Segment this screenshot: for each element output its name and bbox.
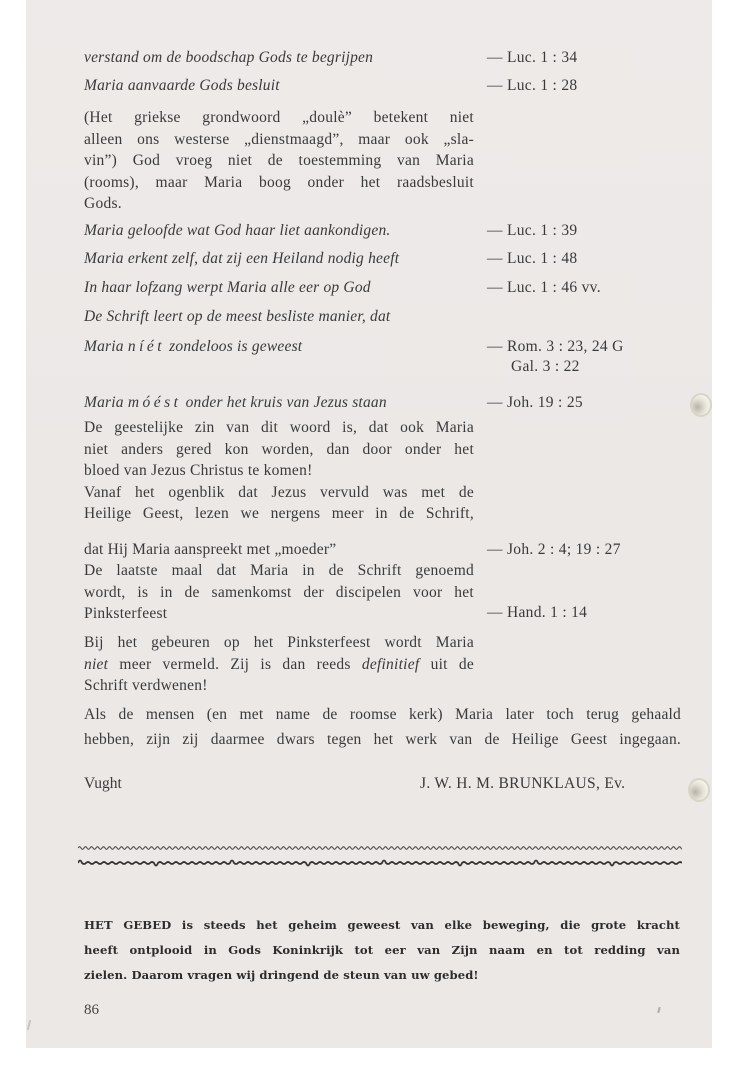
paragraph-line: zielen. Daarom vragen wij dringend de st… <box>84 963 680 988</box>
signature-place: Vught <box>84 775 122 793</box>
ref-luc-1-28: — Luc. 1 : 28 <box>487 76 577 96</box>
emphasis-must: móést <box>128 394 182 411</box>
paragraph-line: De laatste maal dat Maria in de Schrift … <box>84 560 474 582</box>
paragraph-line: alleen ons westerse „dienstmaagd”, maar … <box>84 129 474 151</box>
paragraph-doule: (Het griekse grondwoord „doulè” betekent… <box>84 107 474 215</box>
paragraph-line: hebben, zijn zij daarmee dwars tegen het… <box>84 727 681 752</box>
paragraph-last-mention: De laatste maal dat Maria in de Schrift … <box>84 560 474 625</box>
paragraph-spiritual: De geestelijke zin van dit woord is, dat… <box>84 417 474 525</box>
text-fragment: Maria <box>84 338 128 355</box>
paragraph-conclusion: Als de mensen (en met name de roomse ker… <box>84 702 681 752</box>
wavy-rule-thin <box>78 844 682 852</box>
text-fragment: onder het kruis van Jezus staan <box>182 394 387 411</box>
ref-luc-1-48: — Luc. 1 : 48 <box>487 249 577 269</box>
text-fragment: is steeds het geheim geweest van elke be… <box>171 918 680 932</box>
emphasis-niet: niet <box>84 656 108 673</box>
ref-rom-3-23: — Rom. 3 : 23, 24 G <box>487 337 624 357</box>
statement-not-sinless: Maria níét zondeloos is geweest <box>84 337 302 357</box>
emphasis-definitief: definitief <box>362 656 420 673</box>
paragraph-line: De geestelijke zin van dit woord is, dat… <box>84 417 474 439</box>
paragraph-line: Heilige Geest, lezen we nergens meer in … <box>84 503 474 525</box>
statement-believed: Maria geloofde wat God haar liet aankond… <box>84 221 390 241</box>
prayer-lead: HET GEBED <box>84 918 171 932</box>
paragraph-pentecost: Bij het gebeuren op het Pinksterfeest wo… <box>84 632 474 697</box>
binder-hole-icon <box>690 393 712 417</box>
ref-joh-2-4: — Joh. 2 : 4; 19 : 27 <box>487 540 621 560</box>
statement-cross: Maria móést onder het kruis van Jezus st… <box>84 393 387 413</box>
statement-scripture: De Schrift leert op de meest besliste ma… <box>84 307 390 327</box>
paragraph-line: Schrift verdwenen! <box>84 675 474 697</box>
paragraph-line: Als de mensen (en met name de roomse ker… <box>84 702 681 727</box>
paragraph-line: Gods. <box>84 193 474 215</box>
ref-hand-1-14: — Hand. 1 : 14 <box>487 603 587 623</box>
prayer-notice: HET GEBED is steeds het geheim geweest v… <box>84 913 680 988</box>
statement-accepted: Maria aanvaarde Gods besluit <box>84 76 280 96</box>
paragraph-line: Vanaf het ogenblik dat Jezus vervuld was… <box>84 482 474 504</box>
paragraph-line: vin”) God vroeg niet de toestemming van … <box>84 150 474 172</box>
text-fragment: Maria <box>84 394 128 411</box>
wavy-rule-thick <box>78 856 682 868</box>
paragraph-line: Pinksterfeest <box>84 603 474 625</box>
paragraph-line: HET GEBED is steeds het geheim geweest v… <box>84 913 680 938</box>
paragraph-line: heeft ontplooid in Gods Koninkrijk tot e… <box>84 938 680 963</box>
emphasis-not: níét <box>128 338 165 355</box>
ref-luc-1-39: — Luc. 1 : 39 <box>487 221 577 241</box>
paragraph-line: Bij het gebeuren op het Pinksterfeest wo… <box>84 632 474 654</box>
text-fragment: meer vermeld. Zij is dan reeds <box>108 656 362 673</box>
ref-joh-19-25: — Joh. 19 : 25 <box>487 393 583 413</box>
paragraph-line: wordt, is in de samenkomst der discipele… <box>84 582 474 604</box>
text-fragment: zondeloos is geweest <box>165 338 302 355</box>
ref-luc-1-46: — Luc. 1 : 46 vv. <box>487 278 601 298</box>
statement-saviour: Maria erkent zelf, dat zij een Heiland n… <box>84 249 399 269</box>
binder-hole-icon <box>688 778 710 802</box>
paragraph-line: niet meer vermeld. Zij is dan reeds defi… <box>84 654 474 676</box>
paragraph-line: (Het griekse grondwoord „doulè” betekent… <box>84 107 474 129</box>
statement-understanding: verstand om de boodschap Gods te begrijp… <box>84 48 373 68</box>
statement-mother: dat Hij Maria aanspreekt met „moeder” <box>84 540 336 560</box>
ref-gal-3-22: Gal. 3 : 22 <box>511 357 580 377</box>
statement-praise: In haar lofzang werpt Maria alle eer op … <box>84 278 371 298</box>
paragraph-line: (rooms), maar Maria boog onder het raads… <box>84 172 474 194</box>
paragraph-line: niet anders gered kon worden, dan door o… <box>84 439 474 461</box>
ref-luc-1-34: — Luc. 1 : 34 <box>487 48 577 68</box>
page-number: 86 <box>84 1002 99 1019</box>
signature-author: J. W. H. M. BRUNKLAUS, Ev. <box>420 775 625 793</box>
text-fragment: uit de <box>419 656 474 673</box>
paragraph-line: bloed van Jezus Christus te komen! <box>84 460 474 482</box>
